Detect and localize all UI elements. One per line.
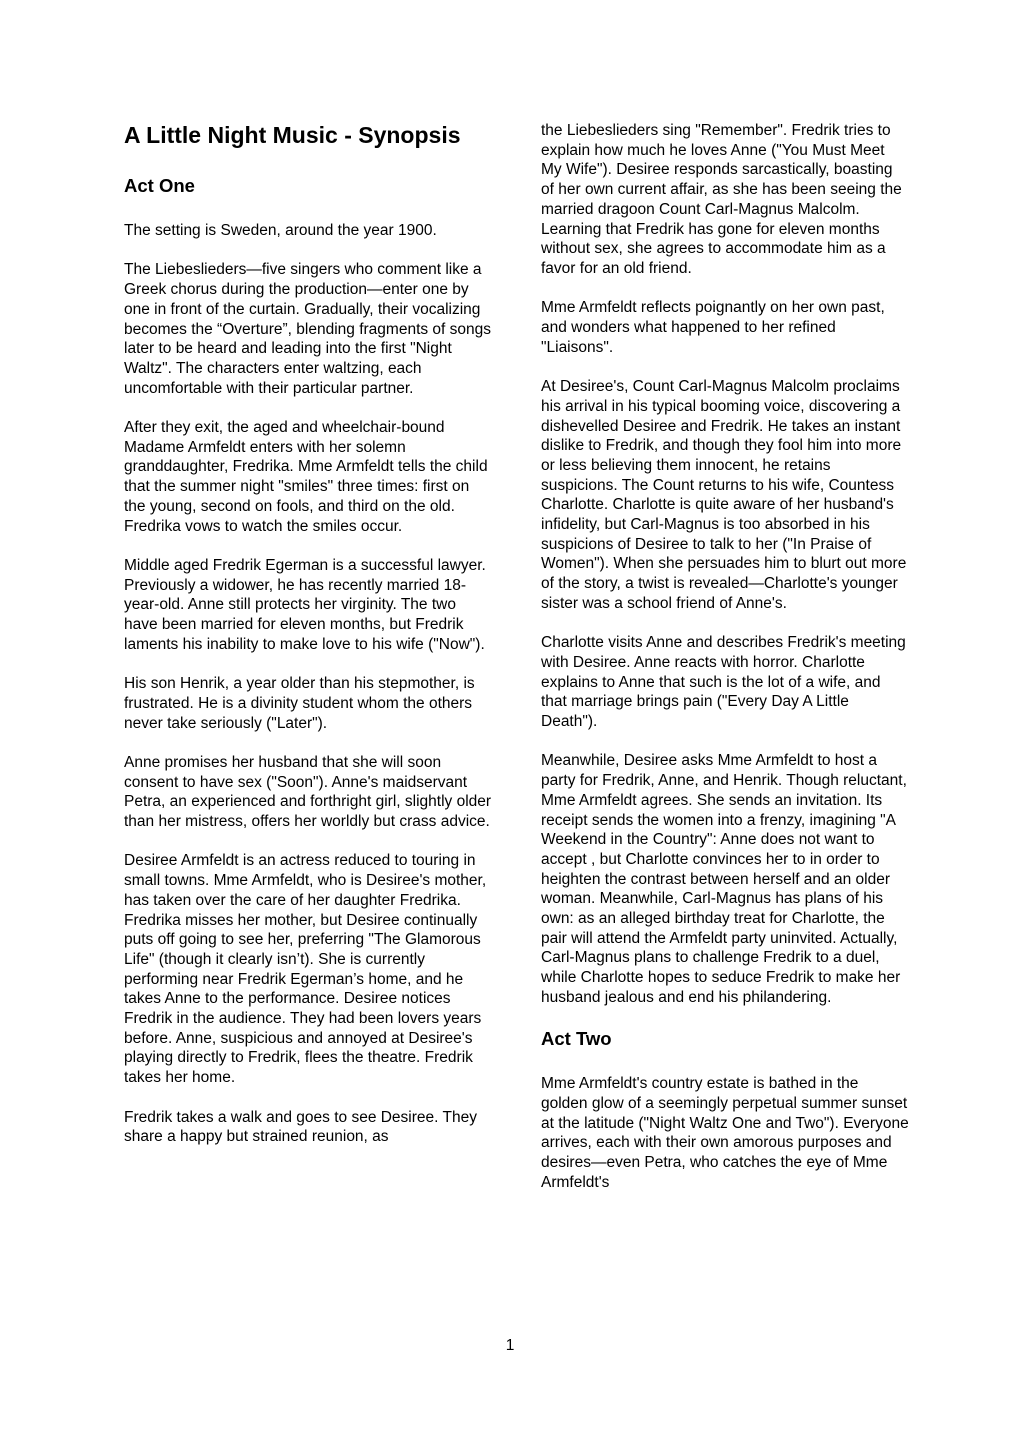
left-column: A Little Night Music - Synopsis Act One …: [124, 121, 492, 1212]
synopsis-paragraph: the Liebeslieders sing "Remember". Fredr…: [541, 121, 909, 279]
synopsis-paragraph: Middle aged Fredrik Egerman is a success…: [124, 556, 492, 655]
page-number: 1: [0, 1336, 1020, 1356]
synopsis-paragraph: Charlotte visits Anne and describes Fred…: [541, 633, 909, 732]
synopsis-paragraph: After they exit, the aged and wheelchair…: [124, 418, 492, 536]
synopsis-paragraph: His son Henrik, a year older than his st…: [124, 674, 492, 733]
synopsis-paragraph: Anne promises her husband that she will …: [124, 753, 492, 832]
synopsis-paragraph: Mme Armfeldt's country estate is bathed …: [541, 1074, 909, 1192]
synopsis-paragraph: Mme Armfeldt reflects poignantly on her …: [541, 298, 909, 357]
synopsis-paragraph: The setting is Sweden, around the year 1…: [124, 221, 492, 241]
text-columns: A Little Night Music - Synopsis Act One …: [124, 121, 909, 1212]
section-heading-act-two: Act Two: [541, 1027, 909, 1050]
synopsis-paragraph: Fredrik takes a walk and goes to see Des…: [124, 1108, 492, 1147]
document-page: A Little Night Music - Synopsis Act One …: [0, 0, 1020, 1443]
synopsis-paragraph: Desiree Armfeldt is an actress reduced t…: [124, 851, 492, 1087]
synopsis-paragraph: Meanwhile, Desiree asks Mme Armfeldt to …: [541, 751, 909, 1007]
document-title: A Little Night Music - Synopsis: [124, 121, 492, 149]
right-column: the Liebeslieders sing "Remember". Fredr…: [541, 121, 909, 1212]
section-heading-act-one: Act One: [124, 174, 492, 197]
synopsis-paragraph: The Liebeslieders—five singers who comme…: [124, 260, 492, 398]
synopsis-paragraph: At Desiree's, Count Carl-Magnus Malcolm …: [541, 377, 909, 613]
